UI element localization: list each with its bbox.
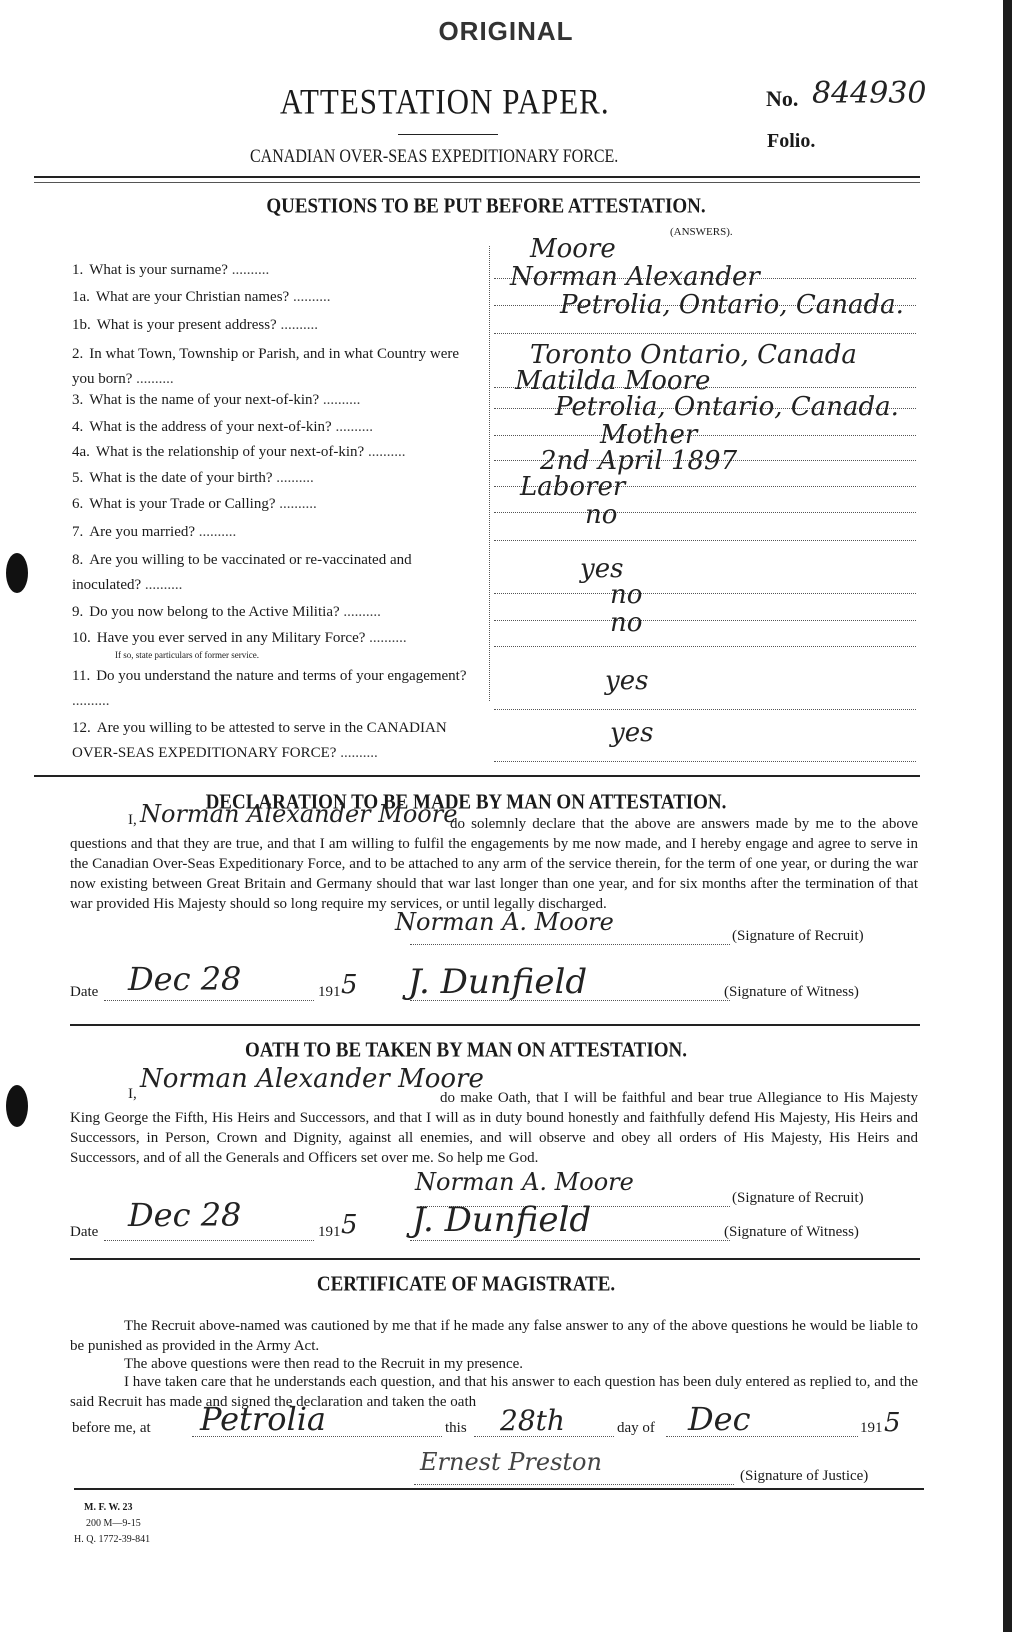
- section-divider: [34, 176, 920, 183]
- magistrate-heading: CERTIFICATE OF MAGISTRATE.: [0, 1273, 972, 1297]
- date-label: Date: [70, 1224, 98, 1241]
- leader-dots: ..........: [72, 693, 110, 709]
- question-number: 1.: [72, 262, 83, 278]
- leader-dots: ..........: [273, 470, 314, 486]
- question-number: 11.: [72, 668, 90, 684]
- question-row: 1.What is your surname? ..........: [72, 258, 472, 283]
- answer-value: no: [610, 608, 642, 638]
- signature-line: [410, 1000, 730, 1001]
- witness-signature-label: (Signature of Witness): [724, 1224, 859, 1241]
- magistrate-paragraph-1: The Recruit above-named was cautioned by…: [70, 1316, 918, 1356]
- declaration-recruit-signature: Norman A. Moore: [395, 908, 614, 936]
- question-text: Do you now belong to the Active Militia?: [89, 604, 339, 620]
- document-title: ATTESTATION PAPER.: [280, 81, 610, 122]
- leader-dots: ..........: [275, 496, 316, 512]
- this-label: this: [445, 1420, 467, 1437]
- answer-line: [494, 593, 916, 594]
- date-line: [104, 1240, 314, 1241]
- questions-heading: QUESTIONS TO BE PUT BEFORE ATTESTATION.: [0, 195, 992, 219]
- answer-value: Norman Alexander: [510, 262, 760, 292]
- punch-hole-mark: [6, 1085, 28, 1127]
- answer-value: yes: [610, 718, 653, 748]
- witness-signature-label: (Signature of Witness): [724, 984, 859, 1001]
- question-number: 7.: [72, 524, 83, 540]
- answer-line: [494, 540, 916, 541]
- section-divider: [70, 1024, 920, 1026]
- form-code: M. F. W. 23: [84, 1500, 133, 1516]
- question-row: 7.Are you married? ..........: [72, 520, 472, 545]
- answer-line: [494, 512, 916, 513]
- answers-label: (ANSWERS).: [670, 226, 733, 238]
- recruit-signature-label: (Signature of Recruit): [732, 928, 864, 945]
- question-row: 4.What is the address of your next-of-ki…: [72, 415, 472, 440]
- oath-text: do make Oath, that I will be faithful an…: [70, 1088, 918, 1168]
- question-number: 10.: [72, 630, 91, 646]
- section-divider: [34, 775, 920, 779]
- oath-recruit-signature: Norman A. Moore: [415, 1168, 634, 1196]
- question-number: 4.: [72, 419, 83, 435]
- question-row: 2.In what Town, Township or Parish, and …: [72, 342, 472, 392]
- question-row: 1b.What is your present address? .......…: [72, 313, 472, 338]
- hq-reference: H. Q. 1772-39-841: [74, 1532, 150, 1548]
- question-row: 5.What is the date of your birth? ......…: [72, 466, 472, 491]
- answer-line: [494, 709, 916, 710]
- question-text: In what Town, Township or Parish, and in…: [72, 346, 459, 387]
- question-text: Do you understand the nature and terms o…: [96, 668, 466, 684]
- leader-dots: ..........: [364, 444, 405, 460]
- question-number: 5.: [72, 470, 83, 486]
- question-number: 12.: [72, 720, 91, 736]
- leader-dots: ..........: [319, 392, 360, 408]
- question-row: 4a.What is the relationship of your next…: [72, 440, 472, 465]
- answer-value: yes: [605, 666, 648, 696]
- magistrate-place: Petrolia: [200, 1400, 326, 1438]
- magistrate-day: 28th: [500, 1404, 565, 1437]
- magistrate-paragraph-3: I have taken care that he understands ea…: [70, 1372, 918, 1412]
- question-row: 12.Are you willing to be attested to ser…: [72, 716, 472, 766]
- question-text: Are you willing to be vaccinated or re-v…: [72, 552, 412, 593]
- question-text: What are your Christian names?: [96, 289, 289, 305]
- year-suffix: 5: [341, 1210, 358, 1240]
- question-number: 2.: [72, 346, 83, 362]
- scan-edge: [1003, 0, 1012, 1632]
- answer-value: Petrolia, Ontario, Canada.: [555, 392, 899, 422]
- title-rule: [398, 134, 498, 135]
- question-text: What is the address of your next-of-kin?: [89, 419, 331, 435]
- justice-signature-label: (Signature of Justice): [740, 1468, 868, 1485]
- question-row: 10.Have you ever served in any Military …: [72, 626, 472, 651]
- year-prefix: 191: [860, 1420, 883, 1437]
- question-text: What is the date of your birth?: [89, 470, 272, 486]
- question-text: What is your present address?: [97, 317, 277, 333]
- leader-dots: ..........: [289, 289, 330, 305]
- answer-value: Petrolia, Ontario, Canada.: [560, 290, 904, 320]
- leader-dots: ..........: [132, 371, 173, 387]
- question-text: What is your surname?: [89, 262, 228, 278]
- date-line: [104, 1000, 314, 1001]
- column-divider: [489, 246, 490, 701]
- answer-line: [494, 646, 916, 647]
- question-number: 3.: [72, 392, 83, 408]
- signature-line: [410, 1240, 730, 1241]
- section-divider: [70, 1258, 920, 1260]
- answer-line: [494, 761, 916, 762]
- question-row: 6.What is your Trade or Calling? .......…: [72, 492, 472, 517]
- magistrate-month: Dec: [688, 1400, 751, 1438]
- question-note: If so, state particulars of former servi…: [115, 650, 259, 660]
- leader-dots: ..........: [365, 630, 406, 646]
- declaration-witness-signature: J. Dunfield: [408, 962, 587, 1002]
- date-label: Date: [70, 984, 98, 1001]
- question-row: 3.What is the name of your next-of-kin? …: [72, 388, 472, 413]
- question-row: 11.Do you understand the nature and term…: [72, 664, 472, 714]
- before-me-label: before me, at: [72, 1420, 151, 1437]
- oath-heading: OATH TO BE TAKEN BY MAN ON ATTESTATION.: [0, 1039, 972, 1063]
- answer-line: [494, 333, 916, 334]
- answer-value: Laborer: [520, 472, 625, 502]
- year-suffix: 5: [884, 1408, 901, 1438]
- year-suffix: 5: [341, 970, 358, 1000]
- question-row: 8.Are you willing to be vaccinated or re…: [72, 548, 472, 598]
- oath-witness-signature: J. Dunfield: [412, 1200, 591, 1240]
- question-text: Are you married?: [89, 524, 195, 540]
- magistrate-paragraph-2: The above questions were then read to th…: [70, 1354, 918, 1374]
- question-text: What is the relationship of your next-of…: [96, 444, 364, 460]
- question-text: What is the name of your next-of-kin?: [89, 392, 319, 408]
- leader-dots: ..........: [340, 604, 381, 620]
- answer-value: no: [610, 580, 642, 610]
- recruit-signature-label: (Signature of Recruit): [732, 1190, 864, 1207]
- question-number: 4a.: [72, 444, 90, 460]
- question-number: 6.: [72, 496, 83, 512]
- regimental-number: 844930: [812, 76, 927, 111]
- leader-dots: ..........: [277, 317, 318, 333]
- answer-value: no: [585, 500, 617, 530]
- question-number: 1a.: [72, 289, 90, 305]
- year-prefix: 191: [318, 984, 341, 1001]
- number-label: No.: [766, 86, 798, 112]
- answer-value: Moore: [530, 234, 616, 264]
- signature-line: [414, 1484, 734, 1485]
- print-run: 200 M—9-15: [86, 1516, 141, 1532]
- question-text: Are you willing to be attested to serve …: [72, 720, 447, 761]
- question-number: 1b.: [72, 317, 91, 333]
- leader-dots: ..........: [141, 577, 182, 593]
- original-stamp: ORIGINAL: [0, 16, 1012, 47]
- leader-dots: ..........: [332, 419, 373, 435]
- answer-line: [494, 435, 916, 436]
- question-number: 8.: [72, 552, 83, 568]
- question-text: What is your Trade or Calling?: [89, 496, 275, 512]
- leader-dots: ..........: [336, 745, 377, 761]
- declaration-text: do solemnly declare that the above are a…: [70, 814, 918, 914]
- leader-dots: ..........: [195, 524, 236, 540]
- section-divider: [74, 1488, 924, 1490]
- question-row: 9.Do you now belong to the Active Militi…: [72, 600, 472, 625]
- leader-dots: ..........: [228, 262, 269, 278]
- force-subtitle: CANADIAN OVER-SEAS EXPEDITIONARY FORCE.: [250, 146, 850, 168]
- question-row: 1a.What are your Christian names? ......…: [72, 285, 472, 310]
- day-of-label: day of: [617, 1420, 655, 1437]
- declaration-date: Dec 28: [128, 960, 241, 998]
- answer-line: [494, 620, 916, 621]
- justice-signature: Ernest Preston: [420, 1448, 602, 1476]
- punch-hole-mark: [6, 553, 28, 593]
- question-text: Have you ever served in any Military For…: [97, 630, 366, 646]
- question-number: 9.: [72, 604, 83, 620]
- year-prefix: 191: [318, 1224, 341, 1241]
- oath-date: Dec 28: [128, 1196, 241, 1234]
- signature-line: [410, 944, 730, 945]
